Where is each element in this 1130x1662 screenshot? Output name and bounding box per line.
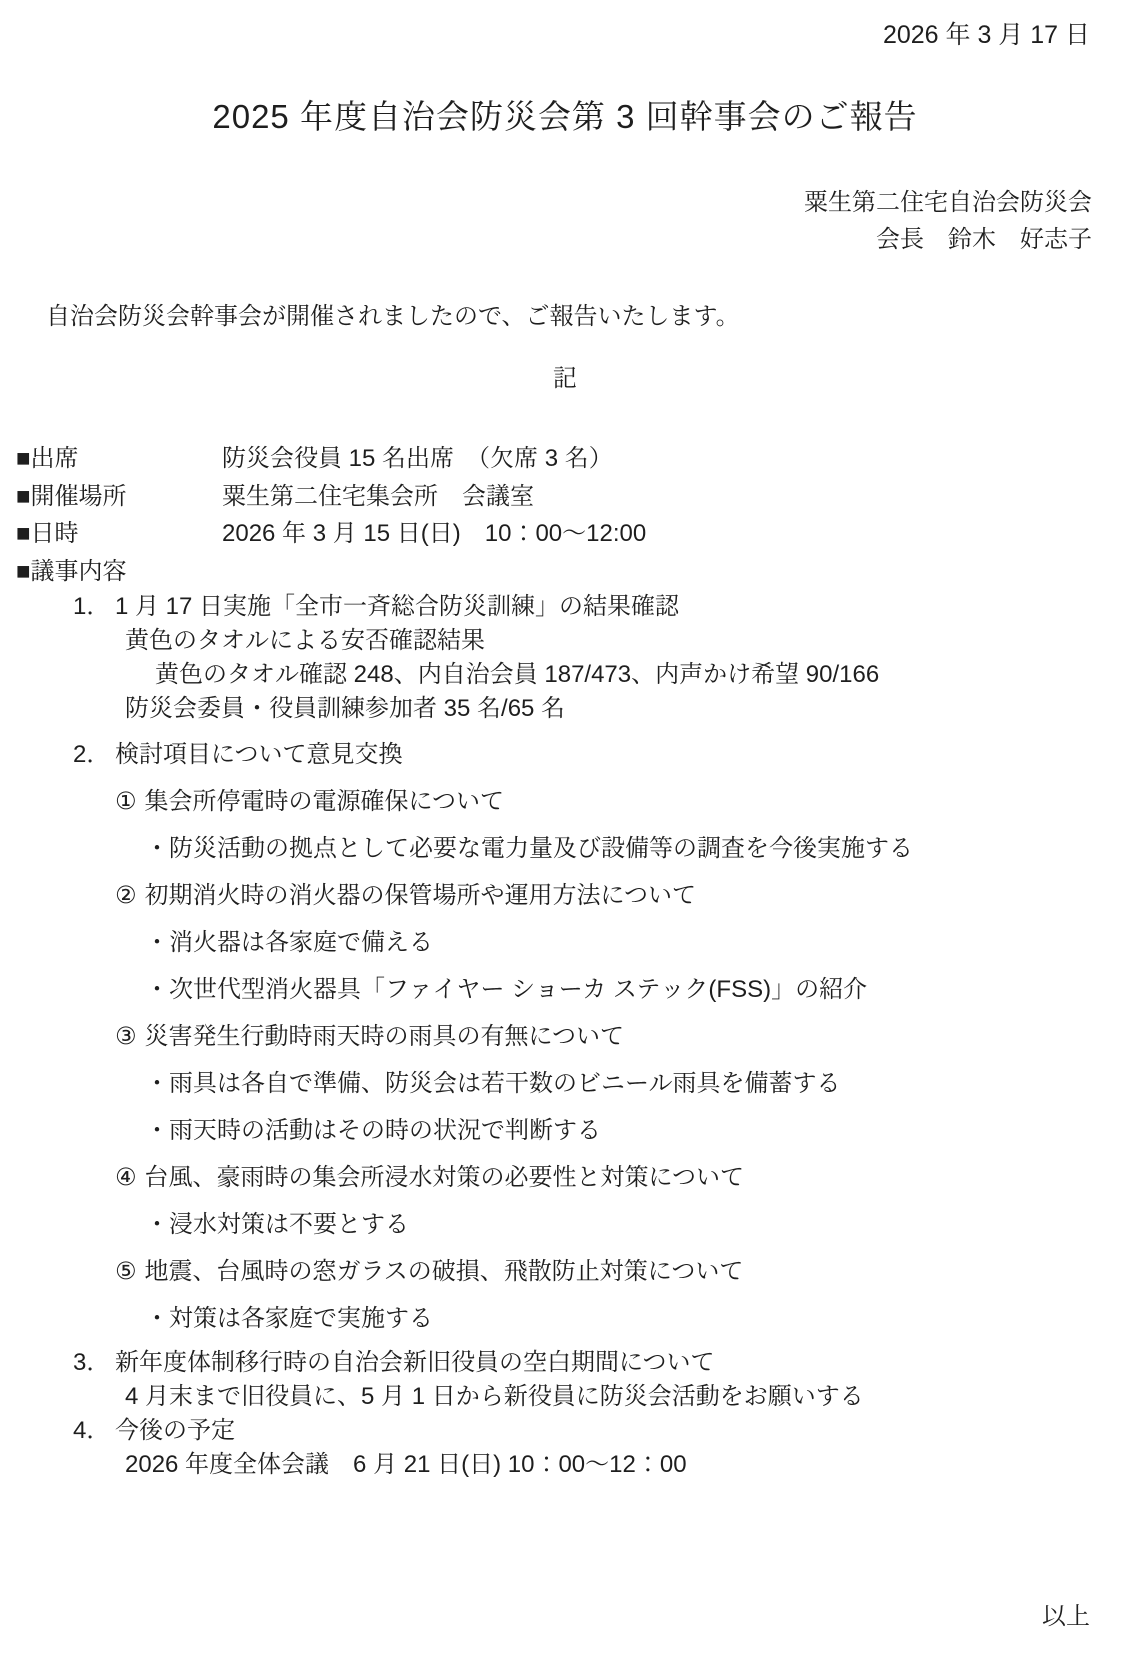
meta-label: ■開催場所 — [16, 478, 222, 516]
meta-row-attendance: ■出席 防災会役員 15 名出席 （欠席 3 名） — [16, 440, 1130, 478]
topic-point: ・対策は各家庭で実施する — [0, 1302, 1130, 1336]
meta-row-agenda-heading: ■議事内容 — [16, 553, 1130, 591]
intro-paragraph: 自治会防災会幹事会が開催されましたので、ご報告いたします。 — [0, 300, 1130, 334]
agenda-item-title: 1 月 17 日実施「全市一斉総合防災訓練」の結果確認 — [115, 590, 679, 624]
issue-date: 2026 年 3 月 17 日 — [0, 0, 1130, 50]
topic-point: ・浸水対策は不要とする — [0, 1208, 1130, 1242]
meta-value: 粟生第二住宅集会所 会議室 — [222, 478, 1130, 516]
agenda-sub-line: 黄色のタオルによる安否確認結果 — [0, 624, 1130, 658]
agenda-item-title: 検討項目について意見交換 — [115, 738, 403, 772]
topic-point: ・次世代型消火器具「ファイヤー ショーカ ステック(FSS)」の紹介 — [0, 973, 1130, 1007]
discussion-topic-5: ⑤地震、台風時の窓ガラスの破損、飛散防止対策について — [0, 1255, 1130, 1289]
topic-title: 初期消火時の消火器の保管場所や運用方法について — [145, 882, 697, 909]
meeting-meta: ■出席 防災会役員 15 名出席 （欠席 3 名） ■開催場所 粟生第二住宅集会… — [0, 440, 1130, 590]
record-marker: 記 — [0, 362, 1130, 396]
agenda-list: 1． 1 月 17 日実施「全市一斉総合防災訓練」の結果確認 黄色のタオルによる… — [0, 590, 1130, 1482]
agenda-item-number: 3． — [73, 1346, 115, 1380]
topic-point: ・防災活動の拠点として必要な電力量及び設備等の調査を今後実施する — [0, 832, 1130, 866]
agenda-item-1: 1． 1 月 17 日実施「全市一斉総合防災訓練」の結果確認 — [0, 590, 1130, 624]
meta-value: 2026 年 3 月 15 日(日) 10：00～12:00 — [222, 515, 1130, 553]
agenda-item-number: 2． — [73, 738, 115, 772]
meta-row-datetime: ■日時 2026 年 3 月 15 日(日) 10：00～12:00 — [16, 515, 1130, 553]
agenda-item-title: 今後の予定 — [115, 1414, 235, 1448]
sender-block: 粟生第二住宅自治会防災会 会長 鈴木 好志子 — [0, 184, 1130, 258]
circled-number-icon: ② — [115, 882, 137, 909]
topic-title: 地震、台風時の窓ガラスの破損、飛散防止対策について — [145, 1258, 744, 1285]
page-title: 2025 年度自治会防災会第 3 回幹事会のご報告 — [0, 94, 1130, 140]
agenda-item-3: 3． 新年度体制移行時の自治会新旧役員の空白期間について — [0, 1346, 1130, 1380]
agenda-item-title: 新年度体制移行時の自治会新旧役員の空白期間について — [115, 1346, 715, 1380]
document-page: 2026 年 3 月 17 日 2025 年度自治会防災会第 3 回幹事会のご報… — [0, 0, 1130, 1662]
agenda-sub-line: 黄色のタオル確認 248、内自治会員 187/473、内声かけ希望 90/166 — [0, 658, 1130, 692]
discussion-topic-3: ③災害発生行動時雨天時の雨具の有無について — [0, 1020, 1130, 1054]
topic-point: ・消火器は各家庭で備える — [0, 926, 1130, 960]
sender-chairperson: 会長 鈴木 好志子 — [0, 221, 1092, 258]
topic-point: ・雨具は各自で準備、防災会は若干数のビニール雨具を備蓄する — [0, 1067, 1130, 1101]
agenda-item-2: 2． 検討項目について意見交換 — [0, 738, 1130, 772]
meta-value — [222, 553, 1130, 591]
circled-number-icon: ① — [115, 788, 137, 815]
meta-label: ■日時 — [16, 515, 222, 553]
circled-number-icon: ④ — [115, 1164, 137, 1191]
agenda-sub-line: 2026 年度全体会議 6 月 21 日(日) 10：00～12：00 — [0, 1448, 1130, 1482]
topic-title: 台風、豪雨時の集会所浸水対策の必要性と対策について — [145, 1164, 745, 1191]
meta-value: 防災会役員 15 名出席 （欠席 3 名） — [222, 440, 1130, 478]
circled-number-icon: ③ — [115, 1023, 137, 1050]
sender-organization: 粟生第二住宅自治会防災会 — [0, 184, 1092, 221]
agenda-item-number: 1． — [73, 590, 115, 624]
discussion-topic-1: ①集会所停電時の電源確保について — [0, 785, 1130, 819]
closing-marker: 以上 — [0, 1600, 1130, 1634]
topic-point: ・雨天時の活動はその時の状況で判断する — [0, 1114, 1130, 1148]
discussion-topic-2: ②初期消火時の消火器の保管場所や運用方法について — [0, 879, 1130, 913]
topic-title: 災害発生行動時雨天時の雨具の有無について — [145, 1023, 625, 1050]
meta-label: ■出席 — [16, 440, 222, 478]
agenda-item-4: 4． 今後の予定 — [0, 1414, 1130, 1448]
meta-row-venue: ■開催場所 粟生第二住宅集会所 会議室 — [16, 478, 1130, 516]
agenda-item-number: 4． — [73, 1414, 115, 1448]
circled-number-icon: ⑤ — [115, 1258, 137, 1285]
topic-title: 集会所停電時の電源確保について — [145, 788, 505, 815]
agenda-sub-line: 防災会委員・役員訓練参加者 35 名/65 名 — [0, 692, 1130, 726]
agenda-sub-line: 4 月末まで旧役員に、5 月 1 日から新役員に防災会活動をお願いする — [0, 1380, 1130, 1414]
discussion-topic-4: ④台風、豪雨時の集会所浸水対策の必要性と対策について — [0, 1161, 1130, 1195]
meta-label: ■議事内容 — [16, 553, 222, 591]
